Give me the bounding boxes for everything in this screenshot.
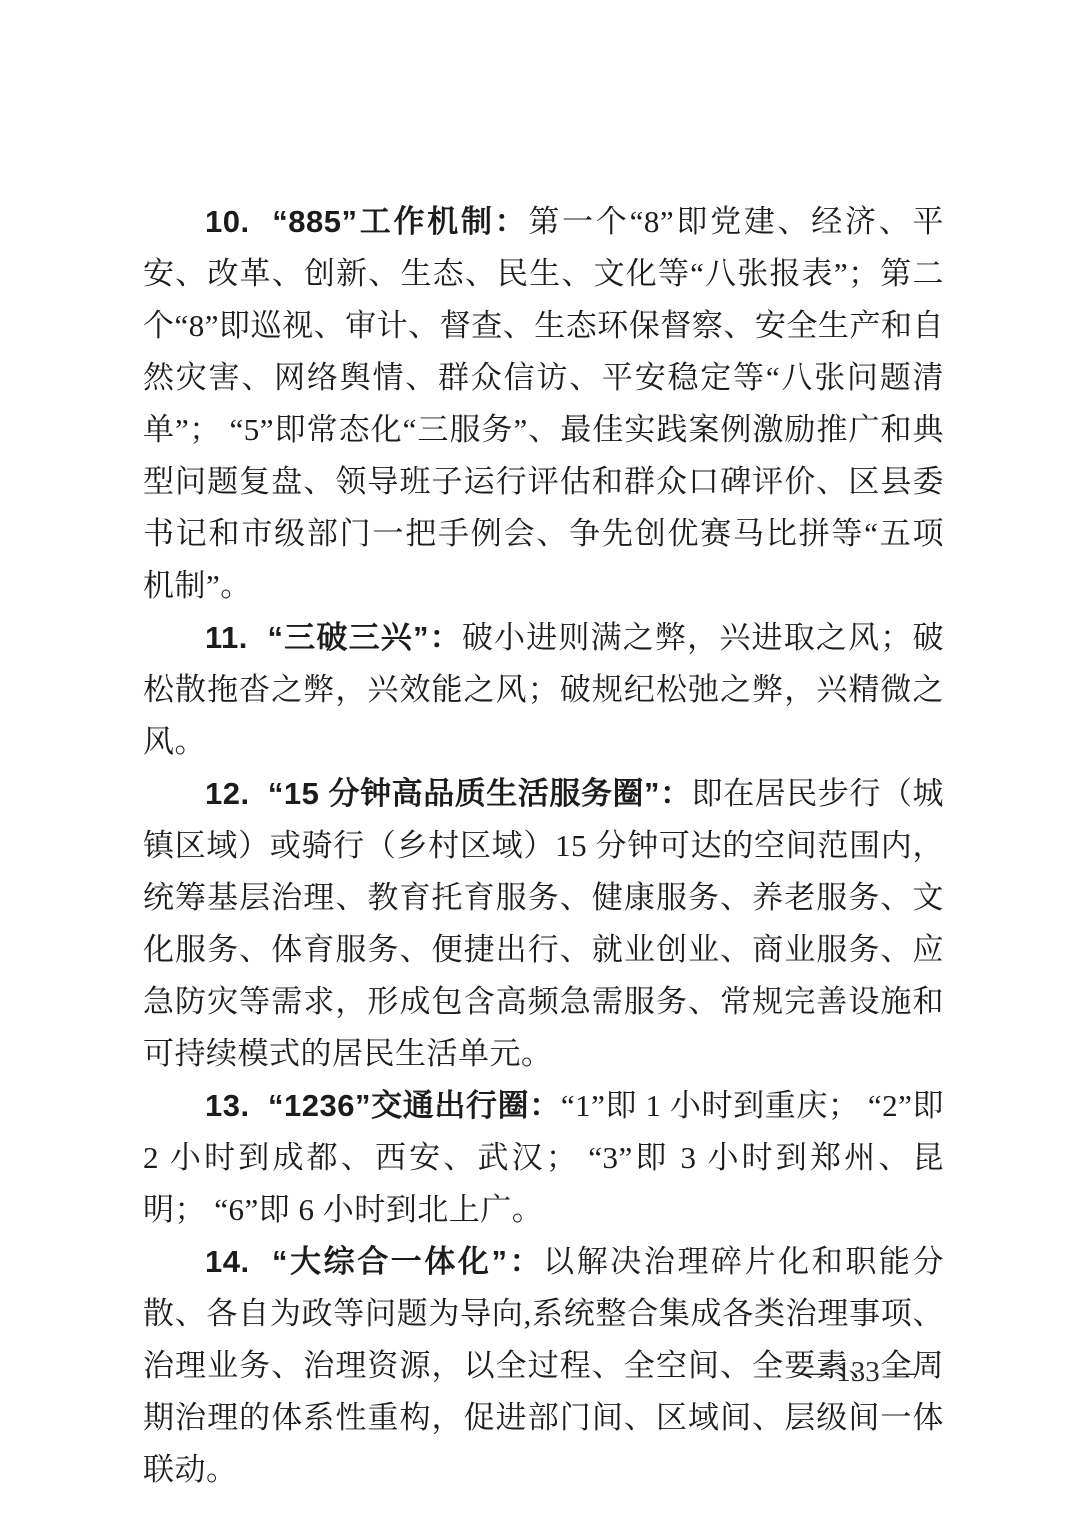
glossary-item-10: 10. “885”工作机制：第一个“8”即党建、经济、平安、改革、创新、生态、民… xyxy=(143,196,944,612)
document-page: 10. “885”工作机制：第一个“8”即党建、经济、平安、改革、创新、生态、民… xyxy=(0,0,1074,1520)
glossary-item-11: 11. “三破三兴”：破小进则满之弊，兴进取之风；破松散拖沓之弊，兴效能之风；破… xyxy=(143,612,944,768)
glossary-term-11: 11. “三破三兴”： xyxy=(205,620,462,655)
glossary-item-13: 13. “1236”交通出行圈：“1”即 1 小时到重庆； “2”即 2 小时到… xyxy=(143,1080,944,1236)
glossary-item-12: 12. “15 分钟高品质生活服务圈”：即在居民步行（城镇区域）或骑行（乡村区域… xyxy=(143,768,944,1080)
glossary-definition-12: 即在居民步行（城镇区域）或骑行（乡村区域）15 分钟可达的空间范围内，统筹基层治… xyxy=(143,776,944,1071)
glossary-term-12: 12. “15 分钟高品质生活服务圈”： xyxy=(205,776,692,811)
page-footer: — 133 — xyxy=(143,1352,944,1392)
glossary-content: 10. “885”工作机制：第一个“8”即党建、经济、平安、改革、创新、生态、民… xyxy=(143,196,944,1496)
page-number: — 133 — xyxy=(800,1356,916,1388)
glossary-term-10: 10. “885”工作机制： xyxy=(205,204,528,239)
glossary-term-13: 13. “1236”交通出行圈： xyxy=(205,1088,561,1123)
glossary-definition-10: 第一个“8”即党建、经济、平安、改革、创新、生态、民生、文化等“八张报表”；第二… xyxy=(143,204,944,603)
glossary-term-14: 14. “大综合一体化”： xyxy=(205,1244,543,1279)
